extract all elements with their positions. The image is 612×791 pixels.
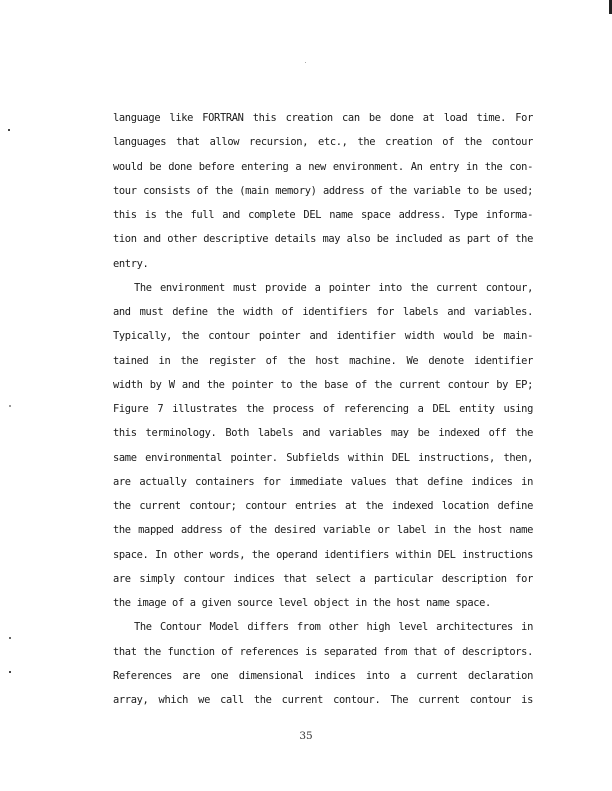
text-line: this is the full and complete DEL name s… xyxy=(113,208,533,222)
text-line: entry. xyxy=(113,257,533,271)
text-line: languages that allow recursion, etc., th… xyxy=(113,135,533,149)
text-line: that the function of references is separ… xyxy=(113,645,533,659)
text-line: tained in the register of the host machi… xyxy=(113,354,533,368)
margin-mark xyxy=(9,405,11,407)
text-line: width by W and the pointer to the base o… xyxy=(113,378,533,392)
text-line: are simply contour indices that select a… xyxy=(113,572,533,586)
margin-mark xyxy=(8,129,10,131)
text-line: Figure 7 illustrates the process of refe… xyxy=(113,402,533,416)
document-page: language like FORTRAN this creation can … xyxy=(0,0,612,791)
margin-mark xyxy=(9,637,11,639)
page-number: 35 xyxy=(0,730,612,742)
text-line: array, which we call the current contour… xyxy=(113,693,533,707)
text-line: and must define the width of identifiers… xyxy=(113,305,533,319)
text-line: are actually containers for immediate va… xyxy=(113,475,533,489)
text-line: language like FORTRAN this creation can … xyxy=(113,111,533,125)
text-line: would be done before entering a new envi… xyxy=(113,160,533,174)
text-line: the current contour; contour entries at … xyxy=(113,499,533,513)
margin-mark xyxy=(9,671,11,673)
text-line: Typically, the contour pointer and ident… xyxy=(113,329,533,343)
text-line: the image of a given source level object… xyxy=(113,596,533,610)
text-line: The environment must provide a pointer i… xyxy=(113,281,533,295)
text-line: tion and other descriptive details may a… xyxy=(113,232,533,246)
text-line: References are one dimensional indices i… xyxy=(113,669,533,683)
text-line: tour consists of the (main memory) addre… xyxy=(113,184,533,198)
text-line: space. In other words, the operand ident… xyxy=(113,548,533,562)
text-line: The Contour Model differs from other hig… xyxy=(113,620,533,634)
scan-artifact-dot xyxy=(305,62,306,63)
text-line: the mapped address of the desired variab… xyxy=(113,523,533,537)
text-line: same environmental pointer. Subfields wi… xyxy=(113,451,533,465)
text-line: this terminology. Both labels and variab… xyxy=(113,426,533,440)
